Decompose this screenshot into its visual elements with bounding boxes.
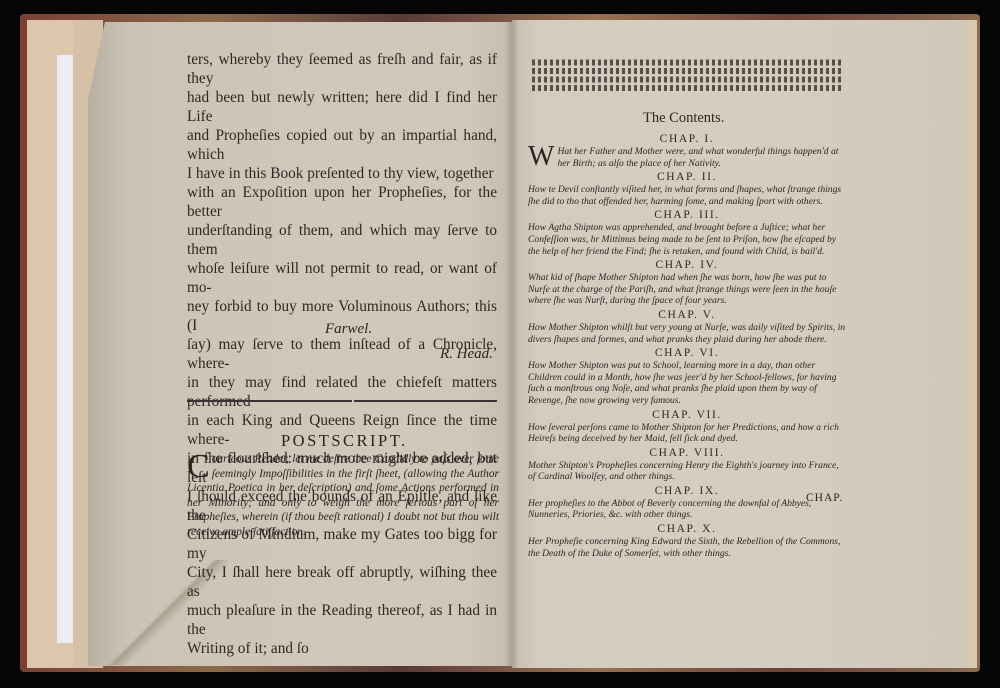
- contents-title: The Contents.: [643, 110, 724, 127]
- chapter-heading: CHAP. I.: [528, 133, 846, 146]
- chapter-summary: Mother Shipton's Propheſies concerning H…: [528, 460, 846, 483]
- postscript-text: ourteous Reader, let me deſire thee Cand…: [187, 453, 499, 538]
- table-of-contents: CHAP. I. W Hat her Father and Mother wer…: [528, 133, 846, 561]
- postscript-body: C ourteous Reader, let me deſire thee Ca…: [187, 452, 499, 539]
- text-line: whoſe leiſure will not permit to read, o…: [187, 259, 497, 297]
- back-endpaper-edge: [967, 20, 977, 668]
- author-signature: R. Head.: [440, 346, 493, 363]
- chapter-heading: CHAP. VI.: [528, 347, 846, 360]
- divider-rule: [354, 400, 497, 402]
- text-line: ters, whereby they ſeemed as freſh and f…: [187, 50, 497, 88]
- chapter-summary: Her Propheſie concerning King Edward the…: [528, 536, 846, 559]
- catchword: CHAP.: [806, 492, 843, 504]
- printers-ornament-band: [532, 57, 844, 91]
- chapter-heading: CHAP. IV.: [528, 259, 846, 272]
- drop-cap: W: [528, 146, 554, 168]
- text-line: City, I ſhall here break off abruptly, w…: [187, 563, 497, 601]
- text-line: Writing of it; and ſo: [187, 639, 497, 658]
- chapter-summary: How Mother Shipton whilſt but very young…: [528, 322, 846, 345]
- divider-rule: [187, 400, 352, 402]
- text-line: in they may find related the chiefeſt ma…: [187, 373, 497, 411]
- chapter-summary: W Hat her Father and Mother were, and wh…: [528, 146, 846, 169]
- text-line: much pleaſure in the Reading thereof, as…: [187, 601, 497, 639]
- paper-tab: [57, 55, 73, 643]
- chapter-heading: CHAP. VII.: [528, 409, 846, 422]
- chapter-summary: Her propheſies to the Abbot of Beverly c…: [528, 498, 846, 521]
- chapter-summary: How Agtha Shipton was apprehended, and b…: [528, 222, 846, 257]
- chapter-summary: How ſeveral perſons came to Mother Shipt…: [528, 422, 846, 445]
- chapter-heading: CHAP. X.: [528, 523, 846, 536]
- chapter-summary: How Mother Shipton was put to School, le…: [528, 360, 846, 406]
- closing-farewell: Farwel.: [325, 321, 372, 338]
- chapter-heading: CHAP. II.: [528, 171, 846, 184]
- postscript-title: POSTSCRIPT.: [281, 431, 408, 451]
- drop-cap: C: [187, 453, 210, 481]
- text-line: underſtanding of them, and which may ſer…: [187, 221, 497, 259]
- book-gutter: [505, 20, 519, 668]
- chapter-heading: CHAP. IX.: [528, 485, 846, 498]
- chapter-summary: What kid of ſhape Mother Shipton had whe…: [528, 272, 846, 307]
- text-line: I have in this Book preſented to thy vie…: [187, 164, 497, 183]
- text-line: with an Expoſition upon her Propheſies, …: [187, 183, 497, 221]
- chapter-heading: CHAP. III.: [528, 209, 846, 222]
- chapter-heading: CHAP. VIII.: [528, 447, 846, 460]
- chapter-heading: CHAP. V.: [528, 309, 846, 322]
- text-line: and Propheſies copied out by an impartia…: [187, 126, 497, 164]
- chapter-summary: How te Devil conſtantly viſited her, in …: [528, 184, 846, 207]
- text-line: had been but newly written; here did I f…: [187, 88, 497, 126]
